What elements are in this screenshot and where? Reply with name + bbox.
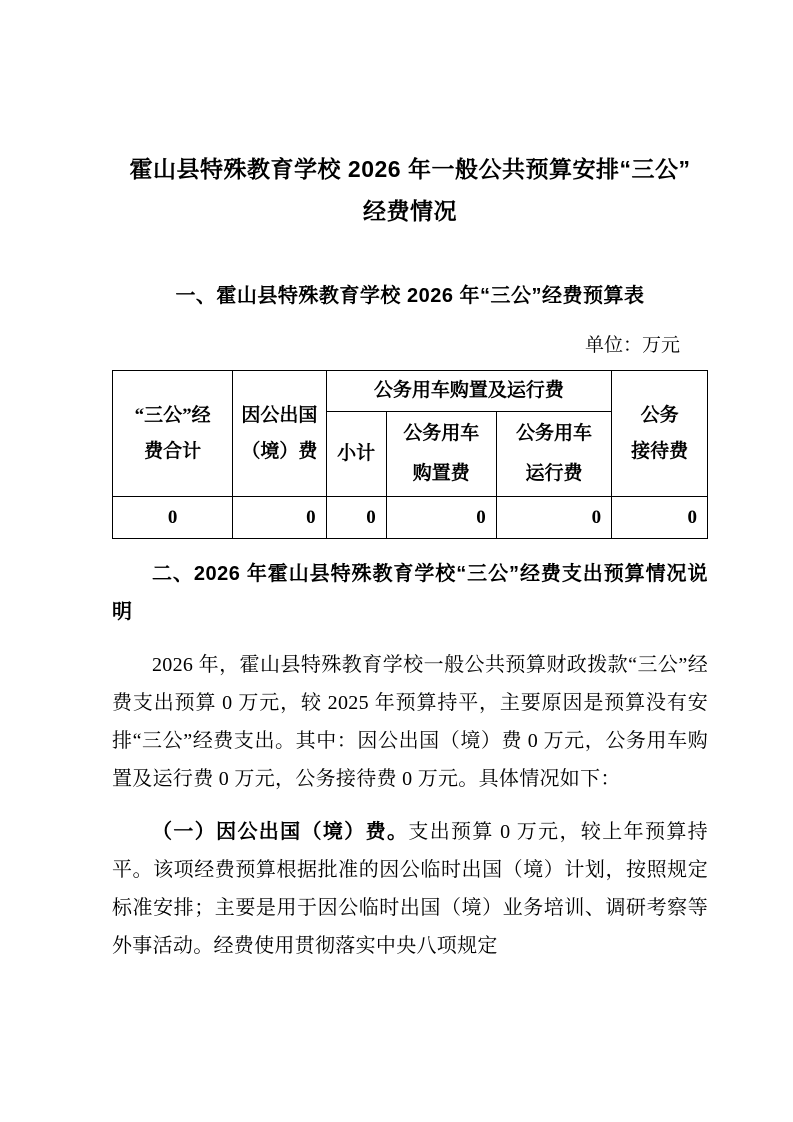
value-vehicle-operation: 0 [496,497,611,539]
header-reception-fee: 公务 接待费 [612,371,708,497]
value-reception-fee: 0 [612,497,708,539]
header-total: “三公”经 费合计 [113,371,233,497]
value-abroad-fee: 0 [233,497,326,539]
title-line-1: 霍山县特殊教育学校 2026 年一般公共预算安排“三公” [130,156,691,182]
value-vehicle-purchase: 0 [386,497,496,539]
header-vehicle-operation: 公务用车 运行费 [496,412,611,497]
section2-heading: 二、2026 年霍山县特殊教育学校“三公”经费支出预算情况说明 [112,555,708,631]
header-vehicle-purchase: 公务用车 购置费 [386,412,496,497]
para-summary: 2026 年，霍山县特殊教育学校一般公共预算财政拨款“三公”经费支出预算 0 万… [112,646,708,798]
value-total: 0 [113,497,233,539]
header-subtotal: 小计 [326,412,386,497]
para-abroad-fee-lead: （一）因公出国（境）费。 [152,821,408,843]
value-subtotal: 0 [326,497,386,539]
unit-label: 单位：万元 [112,334,708,358]
para-abroad-fee: （一）因公出国（境）费。支出预算 0 万元，较上年预算持平。该项经费预算根据批准… [112,813,708,965]
table-header-row-1: “三公”经 费合计 因公出国 （境）费 公务用车购置及运行费 公务 接待费 [113,371,708,412]
title-line-2: 经费情况 [363,198,457,224]
document-title: 霍山县特殊教育学校 2026 年一般公共预算安排“三公”经费情况 [112,148,708,232]
document-page: 霍山县特殊教育学校 2026 年一般公共预算安排“三公”经费情况 一、霍山县特殊… [0,0,793,1122]
table-data-row: 0 0 0 0 0 0 [113,497,708,539]
header-vehicle-group: 公务用车购置及运行费 [326,371,612,412]
section1-heading: 一、霍山县特殊教育学校 2026 年“三公”经费预算表 [112,282,708,310]
budget-table: “三公”经 费合计 因公出国 （境）费 公务用车购置及运行费 公务 接待费 小计… [112,370,708,539]
header-abroad-fee: 因公出国 （境）费 [233,371,326,497]
